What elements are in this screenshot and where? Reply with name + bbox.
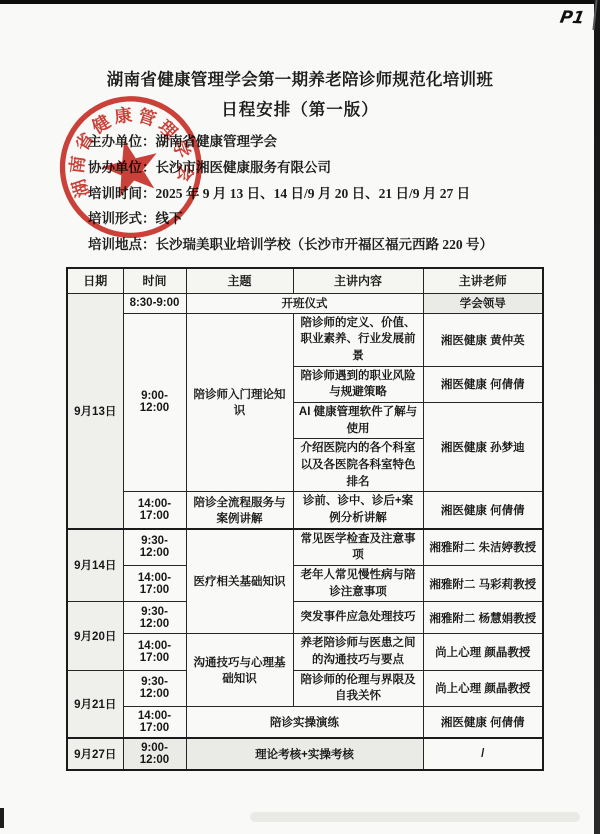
scan-mark-bottom-left <box>0 808 4 828</box>
time-cell: 14:00-17:00 <box>123 492 186 529</box>
table-row: 9月20日 9:30-12:00 突发事件应急处理技巧 湘雅附二 杨慧娟教授 <box>67 602 543 634</box>
date-cell-sep27: 9月27日 <box>67 738 123 770</box>
schedule-table: 日期 时间 主题 主讲内容 主讲老师 9月13日 8:30-9:00 开班仪式 … <box>66 267 544 771</box>
time-cell: 14:00-17:00 <box>123 706 186 738</box>
content-cell: 常见医学检查及注意事项 <box>293 529 423 566</box>
table-row: 14:00-17:00 老年人常见慢性病与陪诊注意事项 湘雅附二 马彩莉教授 <box>67 565 543 601</box>
merged-session-cell: 陪诊实操演练 <box>186 706 423 738</box>
document-title-line1: 湖南省健康管理学会第一期养老陪诊师规范化培训班 <box>0 66 600 90</box>
table-row: 9:00-12:00 陪诊师入门理论知识 陪诊师的定义、价值、职业素养、行业发展… <box>67 313 543 366</box>
table-row: 14:00-17:00 沟通技巧与心理基础知识 养老陪诊师与医患之间的沟通技巧与… <box>67 634 543 670</box>
topic-cell: 沟通技巧与心理基础知识 <box>186 634 293 707</box>
date-cell-sep14: 9月14日 <box>67 529 123 602</box>
content-cell: 养老陪诊师与医患之间的沟通技巧与要点 <box>293 634 423 670</box>
date-cell-sep20: 9月20日 <box>67 602 123 670</box>
date-cell-sep21: 9月21日 <box>67 670 123 738</box>
info-value: 湖南省健康管理学会 <box>156 134 278 149</box>
info-value: 长沙瑞美职业培训学校（长沙市开福区福元西路 220 号） <box>156 237 494 252</box>
table-row: 9月21日 9:30-12:00 陪诊师的伦理与界限及自我关怀 尚上心理 颜晶教… <box>67 670 543 706</box>
teacher-cell: 湘雅附二 杨慧娟教授 <box>423 602 543 634</box>
info-label: 培训地点： <box>88 237 156 252</box>
time-cell: 9:30-12:00 <box>123 670 186 706</box>
table-header-row: 日期 时间 主题 主讲内容 主讲老师 <box>67 268 543 293</box>
topic-cell: 医疗相关基础知识 <box>186 529 293 634</box>
teacher-cell: 湘医健康 黄仲英 <box>423 313 543 366</box>
teacher-cell: 湘医健康 孙梦迪 <box>423 402 543 491</box>
merged-session-cell: 开班仪式 <box>186 293 423 313</box>
teacher-cell: 尚上心理 颜晶教授 <box>423 634 543 670</box>
content-cell: 突发事件应急处理技巧 <box>293 602 423 634</box>
teacher-cell: 学会领导 <box>423 293 543 313</box>
col-header-content: 主讲内容 <box>293 268 423 293</box>
info-label: 主办单位： <box>88 134 156 149</box>
teacher-cell: 湘医健康 何倩倩 <box>423 492 543 529</box>
teacher-cell: / <box>423 738 543 770</box>
info-line-training-location: 培训地点：长沙瑞美职业培训学校（长沙市开福区福元西路 220 号） <box>88 232 568 258</box>
content-cell: 介绍医院内的各个科室以及各医院各科室特色排名 <box>293 439 423 492</box>
teacher-cell: 湘雅附二 马彩莉教授 <box>423 565 543 601</box>
time-cell: 14:00-17:00 <box>123 634 186 670</box>
col-header-time: 时间 <box>123 268 186 293</box>
time-cell: 9:30-12:00 <box>123 529 186 566</box>
info-value: 线下 <box>156 211 183 226</box>
merged-session-cell: 理论考核+实操考核 <box>186 738 423 770</box>
time-cell: 8:30-9:00 <box>123 293 186 313</box>
teacher-cell: 湘雅附二 朱洁婷教授 <box>423 529 543 566</box>
document-info-block: 主办单位：湖南省健康管理学会 协办单位：长沙市湘医健康服务有限公司 培训时间：2… <box>88 129 568 258</box>
table-row: 14:00-17:00 陪诊全流程服务与案例讲解 诊前、诊中、诊后+案例分析讲解… <box>67 492 543 529</box>
info-value: 2025 年 9 月 13 日、14 日/9 月 20 日、21 日/9 月 2… <box>156 186 471 201</box>
scan-edge-right <box>594 0 600 834</box>
info-value: 长沙市湘医健康服务有限公司 <box>156 160 332 175</box>
info-label: 协办单位： <box>88 160 156 175</box>
teacher-cell: 湘医健康 何倩倩 <box>423 366 543 402</box>
document-title-line2: 日程安排（第一版） <box>0 96 600 120</box>
topic-cell: 陪诊师入门理论知识 <box>186 313 293 492</box>
content-cell: AI 健康管理软件了解与使用 <box>293 402 423 438</box>
teacher-cell: 尚上心理 颜晶教授 <box>423 670 543 706</box>
table-row: 9月13日 8:30-9:00 开班仪式 学会领导 <box>67 293 543 313</box>
date-cell-sep13: 9月13日 <box>67 293 123 529</box>
table-row: 9月27日 9:00-12:00 理论考核+实操考核 / <box>67 738 543 770</box>
time-cell: 9:00-12:00 <box>123 313 186 492</box>
table-row: 14:00-17:00 陪诊实操演练 湘医健康 何倩倩 <box>67 706 543 738</box>
info-label: 培训时间： <box>88 186 156 201</box>
content-cell: 诊前、诊中、诊后+案例分析讲解 <box>293 492 423 529</box>
content-cell: 陪诊师的定义、价值、职业素养、行业发展前景 <box>293 313 423 366</box>
time-cell: 14:00-17:00 <box>123 565 186 601</box>
content-cell: 陪诊师的伦理与界限及自我关怀 <box>293 670 423 706</box>
time-cell: 9:30-12:00 <box>123 602 186 634</box>
info-line-co-organizer: 协办单位：长沙市湘医健康服务有限公司 <box>88 155 568 181</box>
info-line-training-time: 培训时间：2025 年 9 月 13 日、14 日/9 月 20 日、21 日/… <box>88 181 568 207</box>
info-line-organizer: 主办单位：湖南省健康管理学会 <box>88 129 568 155</box>
content-cell: 老年人常见慢性病与陪诊注意事项 <box>293 565 423 601</box>
table-row: 9月14日 9:30-12:00 医疗相关基础知识 常见医学检查及注意事项 湘雅… <box>67 529 543 566</box>
scan-edge-top <box>0 0 600 4</box>
topic-cell: 陪诊全流程服务与案例讲解 <box>186 492 293 529</box>
time-cell: 9:00-12:00 <box>123 738 186 770</box>
col-header-teacher: 主讲老师 <box>423 268 543 293</box>
col-header-date: 日期 <box>67 268 123 293</box>
teacher-cell: 湘医健康 何倩倩 <box>423 706 543 738</box>
scan-smudge <box>250 812 580 822</box>
content-cell: 陪诊师遇到的职业风险与规避策略 <box>293 366 423 402</box>
info-label: 培训形式： <box>88 211 156 226</box>
info-line-training-format: 培训形式：线下 <box>88 206 568 232</box>
handwritten-page-number: P1 <box>558 8 586 29</box>
col-header-topic: 主题 <box>186 268 293 293</box>
